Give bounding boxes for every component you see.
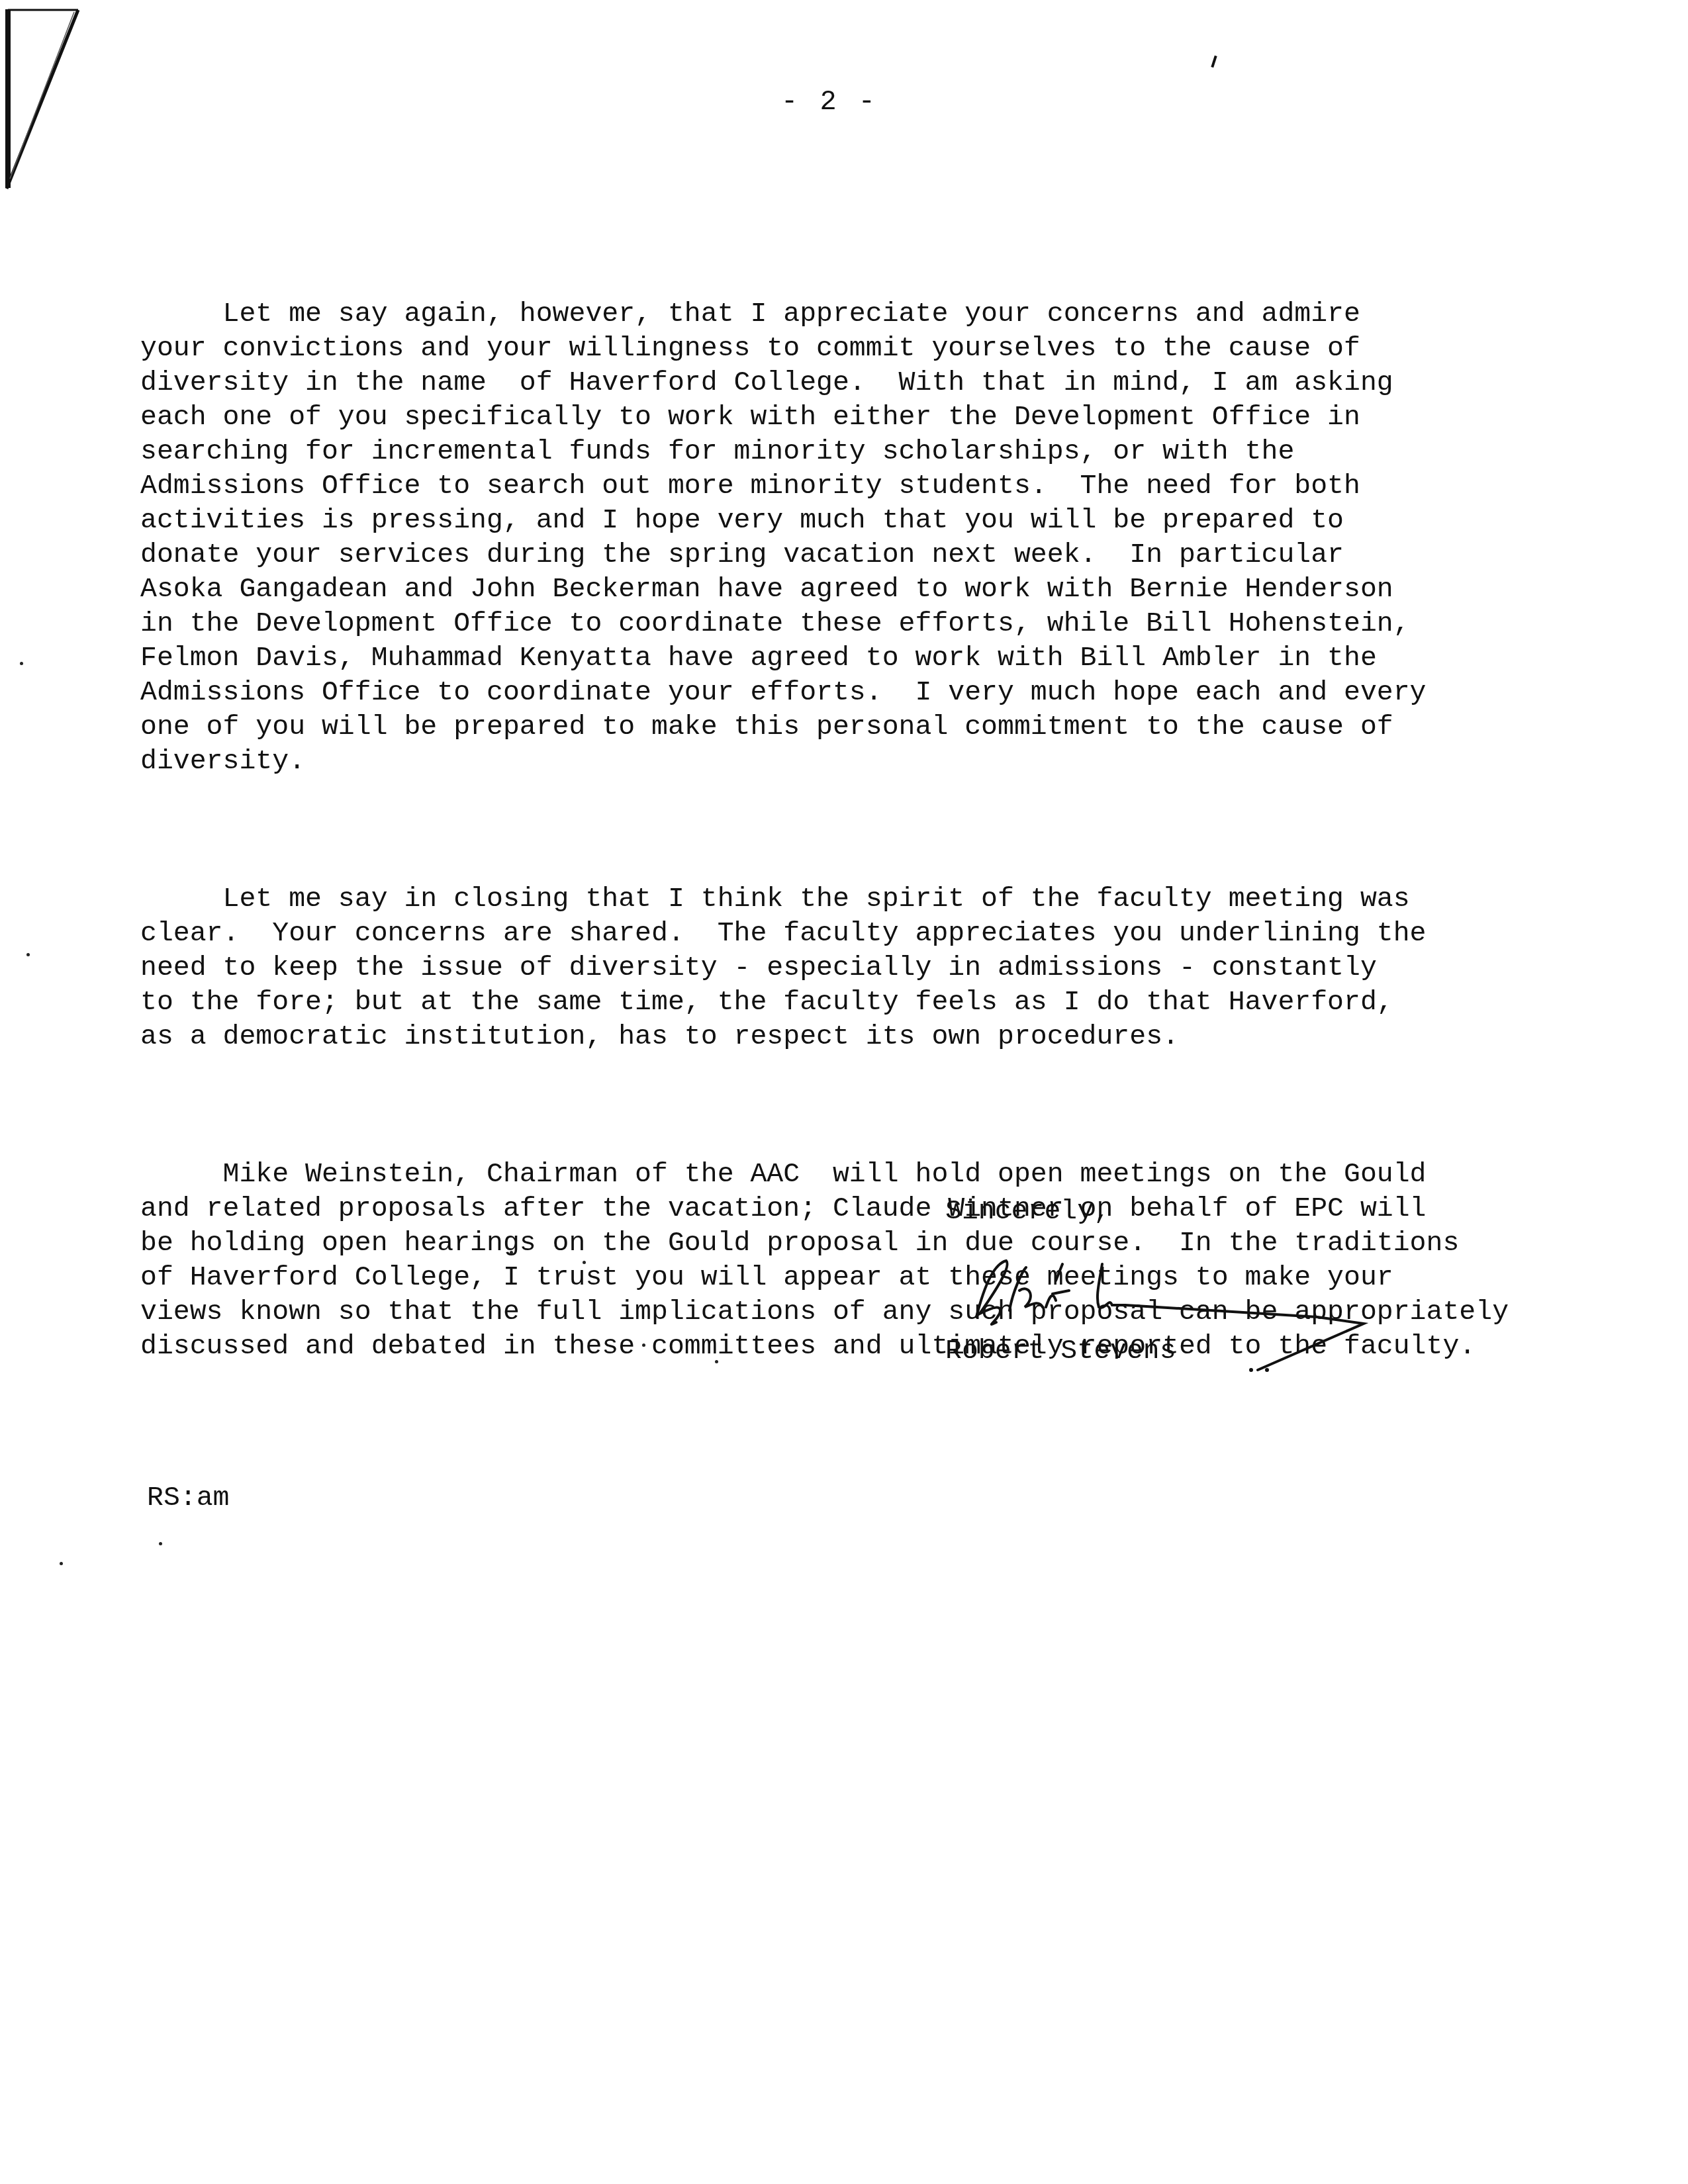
scan-speck xyxy=(583,1261,586,1264)
text-line: Mike Weinstein, Chairman of the AAC will… xyxy=(140,1158,1597,1192)
text-line: and related proposals after the vacation… xyxy=(140,1192,1597,1226)
closing-salutation: Sincerely, xyxy=(945,1195,1110,1229)
scan-speck xyxy=(159,1542,162,1545)
scan-speck xyxy=(715,1360,718,1363)
scan-speck xyxy=(642,1343,645,1347)
text-line: need to keep the issue of diversity - es… xyxy=(140,951,1597,985)
paragraph-closing-remarks: Let me say in closing that I think the s… xyxy=(140,882,1597,1054)
corner-fold-mark-icon xyxy=(0,0,218,212)
text-line: Let me say in closing that I think the s… xyxy=(140,882,1597,917)
text-line: one of you will be prepared to make this… xyxy=(140,710,1597,745)
page-number: - 2 - xyxy=(781,86,878,118)
text-line: Admissions Office to coordinate your eff… xyxy=(140,676,1597,710)
text-line: clear. Your concerns are shared. The fac… xyxy=(140,917,1597,951)
text-line: activities is pressing, and I hope very … xyxy=(140,504,1597,538)
text-line: Let me say again, however, that I apprec… xyxy=(140,297,1597,332)
paragraph-diversity-commitment: Let me say again, however, that I apprec… xyxy=(140,297,1597,779)
text-line: diversity in the name of Haverford Colle… xyxy=(140,366,1597,400)
text-line: to the fore; but at the same time, the f… xyxy=(140,985,1597,1020)
stray-mark xyxy=(1211,56,1217,68)
text-line: in the Development Office to coordinate … xyxy=(140,607,1597,641)
text-line: Asoka Gangadean and John Beckerman have … xyxy=(140,572,1597,607)
text-line: Admissions Office to search out more min… xyxy=(140,469,1597,504)
scan-speck xyxy=(510,1251,513,1254)
text-line: as a democratic institution, has to resp… xyxy=(140,1020,1597,1054)
scan-speck xyxy=(26,953,30,956)
text-line: searching for incremental funds for mino… xyxy=(140,435,1597,469)
scan-speck xyxy=(20,662,23,665)
text-line: Felmon Davis, Muhammad Kenyatta have agr… xyxy=(140,641,1597,676)
text-line: each one of you specifically to work wit… xyxy=(140,400,1597,435)
text-line: donate your services during the spring v… xyxy=(140,538,1597,572)
signer-name: Robert Stevens xyxy=(945,1336,1176,1367)
text-line: your convictions and your willingness to… xyxy=(140,332,1597,366)
scan-speck xyxy=(60,1562,63,1565)
text-line: diversity. xyxy=(140,745,1597,779)
reference-initials: RS:am xyxy=(147,1482,230,1514)
